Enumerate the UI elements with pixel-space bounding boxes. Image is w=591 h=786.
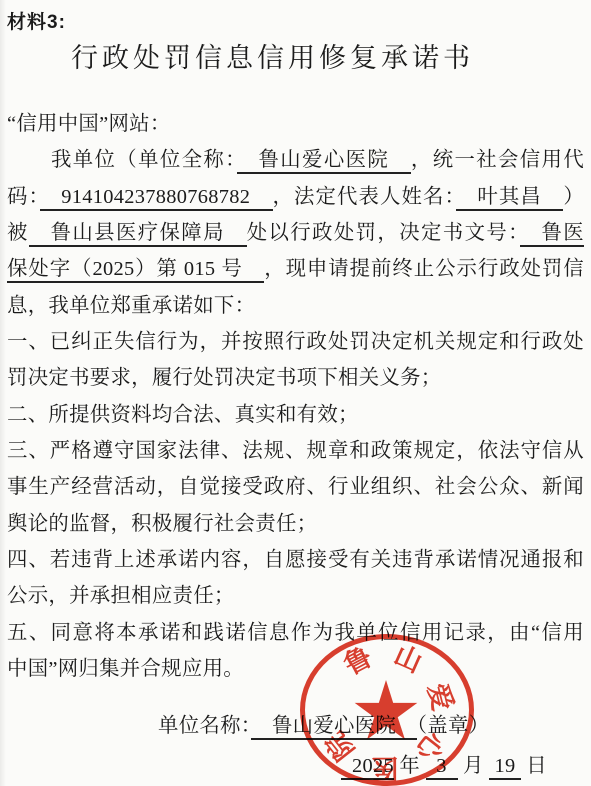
document-line: “信用中国”网站： — [7, 106, 584, 142]
text-segment: 二、所提供资料均合法、真实和有效； — [7, 404, 359, 426]
signature-line: 单位名称： 鲁山爱心医院 （盖章） — [158, 708, 489, 744]
text-segment: 一、已纠正失信行为，并按照行政处罚决定机关规定和行政处 — [7, 331, 584, 353]
document-line: 保处字（2025）第 015 号 ，现申请提前终止公示行政处罚信 — [7, 251, 584, 287]
text-segment: 中国”网归集并合规应用。 — [7, 658, 244, 680]
filled-blank: 19 — [489, 755, 521, 780]
text-segment: 码： — [7, 186, 40, 208]
filled-blank: 3 — [426, 755, 458, 780]
text-segment: “信用中国”网站： — [7, 113, 171, 135]
document-line: 中国”网归集并合规应用。 — [7, 651, 584, 687]
text-segment: 息，我单位郑重承诺如下： — [7, 295, 255, 317]
filled-blank: 914104237880768782 — [40, 186, 273, 211]
page-title: 行政处罚信息信用修复承诺书 — [0, 36, 545, 75]
text-segment: 公示，并承担相应责任； — [7, 585, 235, 607]
text-segment: 我单位（单位全称： — [51, 149, 237, 171]
text-segment: 处以行政处罚，决定书文号： — [247, 222, 520, 244]
filled-blank: 2025 — [341, 755, 394, 780]
filled-blank: 叶其昌 — [456, 186, 564, 211]
material-label: 材料3: — [7, 7, 66, 34]
text-segment: 五、同意将本承诺和践诺信息作为我单位信用记录，由“信用 — [7, 622, 584, 644]
document-line: 我单位（单位全称： 鲁山爱心医院 ，统一社会信用代 — [7, 142, 584, 178]
document-line: 事生产经营活动，自觉接受政府、行业组织、社会公众、新闻 — [7, 469, 584, 505]
document-line: 码： 914104237880768782 ，法定代表人姓名： 叶其昌 ） — [7, 179, 584, 215]
document-line: 单位名称： 鲁山爱心医院 （盖章） — [158, 708, 489, 744]
filled-blank: 鲁山县医疗保障局 — [29, 222, 247, 247]
text-segment: ，现申请提前终止公示行政处罚信 — [264, 258, 584, 280]
text-segment: 三、严格遵守国家法律、法规、规章和政策规定，依法守信从 — [7, 440, 584, 462]
document-line: 公示，并承担相应责任； — [7, 578, 584, 614]
text-segment: ，统一社会信用代 — [411, 149, 584, 171]
text-segment: 舆论的监督，积极履行社会责任； — [7, 513, 317, 535]
document-line: 2025 年 3 月 19 日 — [341, 748, 547, 784]
document-line: 二、所提供资料均合法、真实和有效； — [7, 397, 584, 433]
document-line: 三、严格遵守国家法律、法规、规章和政策规定，依法守信从 — [7, 433, 584, 469]
text-segment: 年 — [394, 755, 426, 777]
text-segment: 日 — [521, 755, 547, 777]
filled-blank: 保处字（2025）第 015 号 — [7, 258, 264, 283]
filled-blank: 鲁山爱心医院 — [237, 149, 411, 174]
filled-blank: 鲁医 — [520, 222, 584, 247]
document-line: 四、若违背上述承诺内容，自愿接受有关违背承诺情况通报和 — [7, 542, 584, 578]
text-segment: 月 — [458, 755, 490, 777]
text-segment: （盖章） — [417, 715, 490, 737]
text-segment: 四、若违背上述承诺内容，自愿接受有关违背承诺情况通报和 — [7, 549, 584, 571]
text-segment: ，法定代表人姓名： — [273, 186, 456, 208]
document-line: 五、同意将本承诺和践诺信息作为我单位信用记录，由“信用 — [7, 615, 584, 651]
date-line: 2025 年 3 月 19 日 — [341, 748, 547, 784]
document-page: 材料3: 行政处罚信息信用修复承诺书 “信用中国”网站：我单位（单位全称： 鲁山… — [0, 0, 591, 786]
text-segment: 单位名称： — [158, 715, 251, 737]
document-line: 一、已纠正失信行为，并按照行政处罚决定机关规定和行政处 — [7, 324, 584, 360]
filled-blank: 鲁山爱心医院 — [251, 715, 417, 740]
document-line: 息，我单位郑重承诺如下： — [7, 288, 584, 324]
text-segment: 事生产经营活动，自觉接受政府、行业组织、社会公众、新闻 — [7, 476, 584, 498]
text-segment: ） — [563, 186, 584, 208]
document-line: 被 鲁山县医疗保障局 处以行政处罚，决定书文号： 鲁医 — [7, 215, 584, 251]
text-segment: 罚决定书要求，履行处罚决定书项下相关义务； — [7, 367, 442, 389]
document-body: “信用中国”网站：我单位（单位全称： 鲁山爱心医院 ，统一社会信用代码： 914… — [7, 106, 584, 688]
document-line: 罚决定书要求，履行处罚决定书项下相关义务； — [7, 360, 584, 396]
document-line: 舆论的监督，积极履行社会责任； — [7, 506, 584, 542]
text-segment: 被 — [7, 222, 29, 244]
